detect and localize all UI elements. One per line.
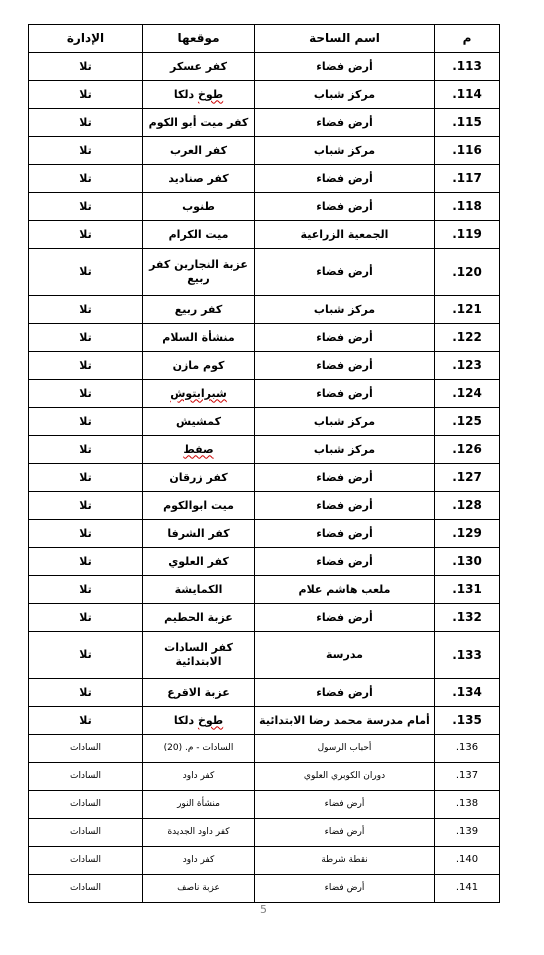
- table-row: .140نقطة شرطةكفر داودالسادات: [29, 847, 500, 875]
- table-row: .131ملعب هاشم علامالكمايشةتلا: [29, 576, 500, 604]
- venue-name-cell: أرض فضاء: [255, 679, 435, 707]
- location-cell: السادات - م. (20): [143, 735, 255, 763]
- table-row: .116مركز شبابكفر العربتلا: [29, 137, 500, 165]
- table-row: .124أرض فضاءشبرابتوشتلا: [29, 380, 500, 408]
- venue-name-cell: أحباب الرسول: [255, 735, 435, 763]
- table-row: .133مدرسةكفر السادات الابتدائيةتلا: [29, 632, 500, 679]
- row-number-cell: .133: [435, 632, 500, 679]
- location-cell: كفر زرقان: [143, 464, 255, 492]
- spellcheck-underline: شبرابتوش: [170, 387, 227, 400]
- administration-cell: السادات: [29, 791, 143, 819]
- location-cell: كوم مازن: [143, 352, 255, 380]
- location-cell: الكمايشة: [143, 576, 255, 604]
- location-cell: كفر صناديد: [143, 165, 255, 193]
- row-number-cell: .137: [435, 763, 500, 791]
- administration-cell: تلا: [29, 165, 143, 193]
- location-cell: كمشيش: [143, 408, 255, 436]
- administration-cell: تلا: [29, 193, 143, 221]
- row-number-cell: .132: [435, 604, 500, 632]
- table-row: .122أرض فضاءمنشأة السلامتلا: [29, 324, 500, 352]
- table-row: .134أرض فضاءعزبة الاقرعتلا: [29, 679, 500, 707]
- administration-cell: تلا: [29, 520, 143, 548]
- venue-name-cell: نقطة شرطة: [255, 847, 435, 875]
- row-number-cell: .121: [435, 296, 500, 324]
- venue-name-cell: أرض فضاء: [255, 875, 435, 903]
- location-cell: شبرابتوش: [143, 380, 255, 408]
- table-row: .135أمام مدرسة محمد رضا الابتدائيةطوخ دل…: [29, 707, 500, 735]
- col-header-venue-name: اسم الساحة: [255, 25, 435, 53]
- row-number-cell: .129: [435, 520, 500, 548]
- col-header-number: م: [435, 25, 500, 53]
- location-cell: كفر داود: [143, 763, 255, 791]
- administration-cell: تلا: [29, 408, 143, 436]
- location-cell: كفر السادات الابتدائية: [143, 632, 255, 679]
- location-cell: كفر داود: [143, 847, 255, 875]
- location-cell: كفر عسكر: [143, 53, 255, 81]
- venue-name-cell: أرض فضاء: [255, 193, 435, 221]
- table-row: .117أرض فضاءكفر صناديدتلا: [29, 165, 500, 193]
- venue-name-cell: أرض فضاء: [255, 548, 435, 576]
- col-header-administration: الإدارة: [29, 25, 143, 53]
- location-cell: منشأة السلام: [143, 324, 255, 352]
- row-number-cell: .130: [435, 548, 500, 576]
- location-cell: منشأة النور: [143, 791, 255, 819]
- venue-name-cell: أمام مدرسة محمد رضا الابتدائية: [255, 707, 435, 735]
- table-row: .139أرض فضاءكفر داود الجديدةالسادات: [29, 819, 500, 847]
- row-number-cell: .134: [435, 679, 500, 707]
- venue-name-cell: أرض فضاء: [255, 819, 435, 847]
- row-number-cell: .135: [435, 707, 500, 735]
- venue-name-cell: مدرسة: [255, 632, 435, 679]
- administration-cell: تلا: [29, 352, 143, 380]
- administration-cell: السادات: [29, 763, 143, 791]
- location-cell: كفر ميت أبو الكوم: [143, 109, 255, 137]
- page-number: 5: [28, 903, 499, 916]
- row-number-cell: .120: [435, 249, 500, 296]
- table-row: .129أرض فضاءكفر الشرفاتلا: [29, 520, 500, 548]
- administration-cell: السادات: [29, 847, 143, 875]
- venues-table: م اسم الساحة موقعها الإدارة .113أرض فضاء…: [28, 24, 500, 903]
- venue-name-cell: أرض فضاء: [255, 791, 435, 819]
- row-number-cell: .131: [435, 576, 500, 604]
- row-number-cell: .138: [435, 791, 500, 819]
- row-number-cell: .141: [435, 875, 500, 903]
- venue-name-cell: أرض فضاء: [255, 380, 435, 408]
- header-row: م اسم الساحة موقعها الإدارة: [29, 25, 500, 53]
- administration-cell: تلا: [29, 53, 143, 81]
- administration-cell: تلا: [29, 679, 143, 707]
- location-cell: طنوب: [143, 193, 255, 221]
- venue-name-cell: أرض فضاء: [255, 352, 435, 380]
- table-body: .113أرض فضاءكفر عسكرتلا.114مركز شبابطوخ …: [29, 53, 500, 903]
- row-number-cell: .115: [435, 109, 500, 137]
- location-cell: طوخ دلكا: [143, 81, 255, 109]
- row-number-cell: .122: [435, 324, 500, 352]
- venue-name-cell: أرض فضاء: [255, 492, 435, 520]
- administration-cell: تلا: [29, 632, 143, 679]
- row-number-cell: .140: [435, 847, 500, 875]
- row-number-cell: .119: [435, 221, 500, 249]
- col-header-location: موقعها: [143, 25, 255, 53]
- administration-cell: تلا: [29, 324, 143, 352]
- table-row: .114مركز شبابطوخ دلكاتلا: [29, 81, 500, 109]
- administration-cell: تلا: [29, 296, 143, 324]
- administration-cell: تلا: [29, 249, 143, 296]
- venue-name-cell: ملعب هاشم علام: [255, 576, 435, 604]
- location-cell: عزبة الحطيم: [143, 604, 255, 632]
- administration-cell: تلا: [29, 707, 143, 735]
- table-row: .118أرض فضاءطنوبتلا: [29, 193, 500, 221]
- row-number-cell: .139: [435, 819, 500, 847]
- row-number-cell: .113: [435, 53, 500, 81]
- table-row: .136أحباب الرسولالسادات - م. (20)السادات: [29, 735, 500, 763]
- administration-cell: تلا: [29, 576, 143, 604]
- spellcheck-underline: طوخ: [198, 88, 223, 101]
- administration-cell: تلا: [29, 380, 143, 408]
- table-row: .123أرض فضاءكوم مازنتلا: [29, 352, 500, 380]
- table-row: .128أرض فضاءميت ابوالكومتلا: [29, 492, 500, 520]
- row-number-cell: .114: [435, 81, 500, 109]
- administration-cell: تلا: [29, 436, 143, 464]
- administration-cell: تلا: [29, 464, 143, 492]
- table-row: .138أرض فضاءمنشأة النورالسادات: [29, 791, 500, 819]
- location-cell: كفر العلوي: [143, 548, 255, 576]
- administration-cell: تلا: [29, 604, 143, 632]
- document-page: م اسم الساحة موقعها الإدارة .113أرض فضاء…: [0, 0, 544, 955]
- administration-cell: السادات: [29, 875, 143, 903]
- venue-name-cell: مركز شباب: [255, 408, 435, 436]
- administration-cell: تلا: [29, 81, 143, 109]
- location-cell: كفر الشرفا: [143, 520, 255, 548]
- venue-name-cell: أرض فضاء: [255, 249, 435, 296]
- row-number-cell: .128: [435, 492, 500, 520]
- location-cell: كفر ربيع: [143, 296, 255, 324]
- row-number-cell: .116: [435, 137, 500, 165]
- location-cell: ميت الكرام: [143, 221, 255, 249]
- venue-name-cell: أرض فضاء: [255, 165, 435, 193]
- venue-name-cell: مركز شباب: [255, 137, 435, 165]
- administration-cell: تلا: [29, 109, 143, 137]
- table-header: م اسم الساحة موقعها الإدارة: [29, 25, 500, 53]
- location-cell: ميت ابوالكوم: [143, 492, 255, 520]
- location-cell: كفر داود الجديدة: [143, 819, 255, 847]
- venue-name-cell: مركز شباب: [255, 436, 435, 464]
- administration-cell: تلا: [29, 137, 143, 165]
- table-row: .126مركز شبابصفطتلا: [29, 436, 500, 464]
- row-number-cell: .123: [435, 352, 500, 380]
- administration-cell: تلا: [29, 548, 143, 576]
- table-row: .127أرض فضاءكفر زرقانتلا: [29, 464, 500, 492]
- location-cell: كفر العرب: [143, 137, 255, 165]
- table-row: .121مركز شبابكفر ربيعتلا: [29, 296, 500, 324]
- row-number-cell: .127: [435, 464, 500, 492]
- table-row: .132أرض فضاءعزبة الحطيمتلا: [29, 604, 500, 632]
- table-row: .125مركز شبابكمشيشتلا: [29, 408, 500, 436]
- table-row: .130أرض فضاءكفر العلويتلا: [29, 548, 500, 576]
- venue-name-cell: الجمعية الزراعية: [255, 221, 435, 249]
- location-cell: عزبة الاقرع: [143, 679, 255, 707]
- location-cell: طوخ دلكا: [143, 707, 255, 735]
- table-row: .137دوران الكوبري العلويكفر داودالسادات: [29, 763, 500, 791]
- table-row: .141أرض فضاءعزبة ناصفالسادات: [29, 875, 500, 903]
- venue-name-cell: أرض فضاء: [255, 109, 435, 137]
- location-cell: عزبة ناصف: [143, 875, 255, 903]
- table-row: .120أرض فضاءعزبة النجارين كفر ربيعتلا: [29, 249, 500, 296]
- venue-name-cell: أرض فضاء: [255, 604, 435, 632]
- administration-cell: السادات: [29, 819, 143, 847]
- table-row: .119الجمعية الزراعيةميت الكرامتلا: [29, 221, 500, 249]
- row-number-cell: .125: [435, 408, 500, 436]
- venue-name-cell: أرض فضاء: [255, 464, 435, 492]
- venue-name-cell: أرض فضاء: [255, 324, 435, 352]
- venue-name-cell: دوران الكوبري العلوي: [255, 763, 435, 791]
- administration-cell: تلا: [29, 221, 143, 249]
- venue-name-cell: أرض فضاء: [255, 53, 435, 81]
- table-row: .115أرض فضاءكفر ميت أبو الكومتلا: [29, 109, 500, 137]
- spellcheck-underline: طوخ: [198, 714, 223, 727]
- venue-name-cell: أرض فضاء: [255, 520, 435, 548]
- row-number-cell: .124: [435, 380, 500, 408]
- administration-cell: تلا: [29, 492, 143, 520]
- spellcheck-underline: صفط: [183, 443, 213, 456]
- administration-cell: السادات: [29, 735, 143, 763]
- row-number-cell: .117: [435, 165, 500, 193]
- location-cell: صفط: [143, 436, 255, 464]
- row-number-cell: .118: [435, 193, 500, 221]
- table-row: .113أرض فضاءكفر عسكرتلا: [29, 53, 500, 81]
- location-cell: عزبة النجارين كفر ربيع: [143, 249, 255, 296]
- venue-name-cell: مركز شباب: [255, 81, 435, 109]
- row-number-cell: .136: [435, 735, 500, 763]
- row-number-cell: .126: [435, 436, 500, 464]
- venue-name-cell: مركز شباب: [255, 296, 435, 324]
